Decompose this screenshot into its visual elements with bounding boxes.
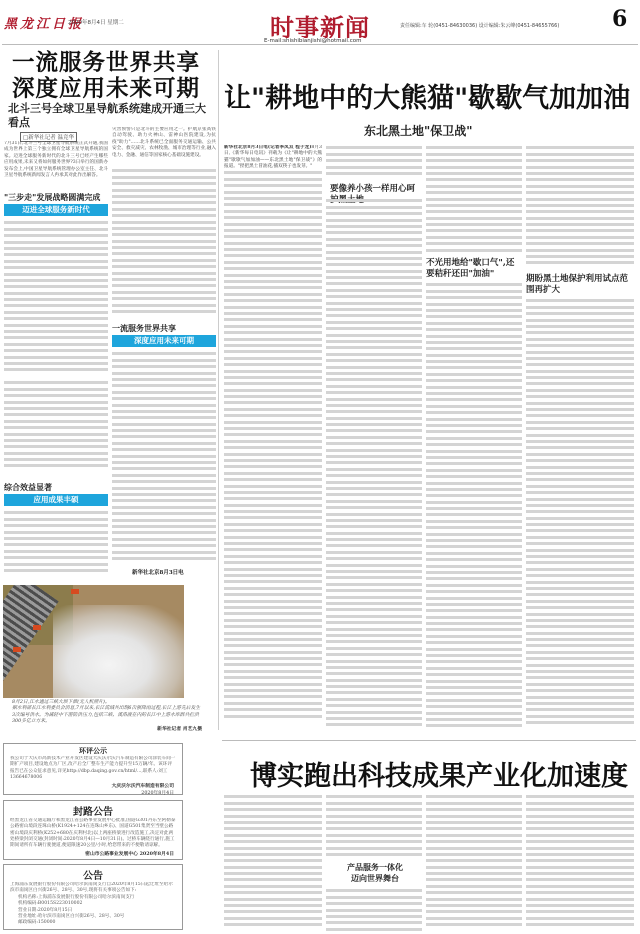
notice-title: 公告 [4,865,182,882]
left-col2-body [112,168,216,320]
article-separator [222,740,636,741]
bottom-col4-body [526,794,634,932]
left-col1-body [4,220,108,378]
main-col1-body [224,170,322,730]
bottom-col2-body [326,888,422,932]
left-col2-body-2 [112,351,216,565]
section-email-link[interactable]: E-mail:shishibianjishi@hotmail.com [260,38,365,44]
left-article-headline: 一流服务世界共享 深度应用未来可期 [12,50,200,102]
dateline: 新华社北京8月3日电(记者李凤双 程子龙) [224,145,311,150]
three-gorges-dam-photo [3,585,184,698]
notice-env-review: 环评公示 我公司于大庆市高新技术产业开发区建设大庆沃尔沃汽车制造有限公司涂装车间… [3,743,183,795]
section-bar-global-service: 迈进全球服务新时代 [4,204,108,216]
notice-body: 我公司于大庆市高新技术产业开发区建设大庆沃尔沃汽车制造有限公司涂装车间一期扩产项… [4,756,182,782]
section-heading-straw-return: 不光用地给"歇口气",还要秸秆还田"加油" [426,258,522,280]
left-article-intro: 7月31日,北斗三号全球卫星导航系统正式开通,我国成为世界上第三个独立拥有全球卫… [4,141,108,185]
left-article-subhead: 北斗三号全球卫星导航系统建成开通三大看点 [8,102,208,130]
notice-signer: 密山市公路事业发展中心 2020年8月4日 [4,850,182,857]
column-divider [218,50,219,730]
left-col1-body-3 [4,510,108,578]
bottom-article-headline: 博实跑出科技成果产业化加速度 [250,754,628,793]
editor-credits: 责任编辑:车 轮(0451-84630036) 设计编辑:朱云峰(0451-84… [400,22,559,29]
left-col1-body-2 [4,380,108,475]
photo-credit: 新华社记者 肖艺九摄 [12,726,202,732]
notice-road-closure: 封路公告 经黑龙江省交通运输厅和黑龙江省公路事业发展中心批准,国道G301丹东至… [3,800,183,860]
main-col3-body [426,282,522,730]
bottom-col3-body [426,794,522,932]
bottom-col1-body [224,794,322,932]
main-article-headline: 让"耕地中的大熊猫"歇歇气加加油 [224,76,630,115]
notice-field-postcode: 邮政编码:150000 [4,920,182,926]
main-col4-body [526,298,634,730]
masthead-rule [2,44,638,45]
main-col2-body [326,198,422,730]
notice-body: 上海浦东发展银行股份有限公司哈尔滨南岗支行自2020年8月15日起迁址至哈尔滨市… [4,882,182,895]
subhead-line-1: 产品服务一体化 [330,862,420,873]
section-heading-benefits: 综合效益显著 [4,482,52,493]
section-heading-world-share: 一流服务世界共享 [112,323,176,334]
section-heading-expand-pilot: 期盼黑土地保护利用试点范围再扩大 [526,274,634,296]
notice-title: 环评公示 [4,744,182,756]
notice-date: 2020年8月4日 [4,789,182,796]
section-heading-three-step: "三步走"发展战略圆满完成 [4,192,100,203]
main-col2-body-top [326,145,422,181]
section-bar-deep-application: 深度应用未来可期 [112,335,216,347]
photo-caption: 8月2日,江水通过三峡大坝下泄(无人机照片)。 据水利部长江水利委员会消息,7月… [12,700,202,732]
main-col3-body-top [426,145,522,255]
issue-date: 2020年8月4日 星期二 [68,18,124,26]
bottom-col2-body-top [326,794,422,858]
notice-signer: 大庆沃尔沃汽车制造有限公司 [4,782,182,789]
bottom-article-subhead: 产品服务一体化 迈向世界舞台 [330,862,420,884]
section-bar-results: 应用成果丰硕 [4,494,108,506]
left-col2-intro: 灾害预警只是北斗的主要应用之一。护航京张高铁自动驾驶、助力火神山、雷神山医院建设… [112,127,216,167]
notice-bank-relocation: 公告 上海浦东发展银行股份有限公司哈尔滨南岗支行自2020年8月15日起迁址至哈… [3,864,183,930]
headline-line-1: 一流服务世界共享 [12,50,200,76]
page-number: 6 [612,6,627,32]
main-article-dateline: 新华社北京8月3日电(记者李凤双 程子龙)8月3日,《新华每日电讯》刊载为《让"… [224,145,322,169]
main-article-subhead: 东北黑土地"保卫战" [364,122,473,139]
caption-body: 据水利部长江水利委员会消息,7月以来,长江流域共出现6次强降雨过程,长江上游先后… [12,706,202,725]
notice-title: 封路公告 [4,801,182,818]
notice-body: 经黑龙江省交通运输厅和黑龙江省公路事业发展中心批准,国道G301丹东至阿勒泰公路… [4,818,182,850]
subhead-line-2: 迈向世界舞台 [330,873,420,884]
main-col4-body-top [526,145,634,271]
left-article-signoff: 新华社北京8月3日电 [132,568,184,576]
headline-line-2: 深度应用未来可期 [12,76,200,102]
